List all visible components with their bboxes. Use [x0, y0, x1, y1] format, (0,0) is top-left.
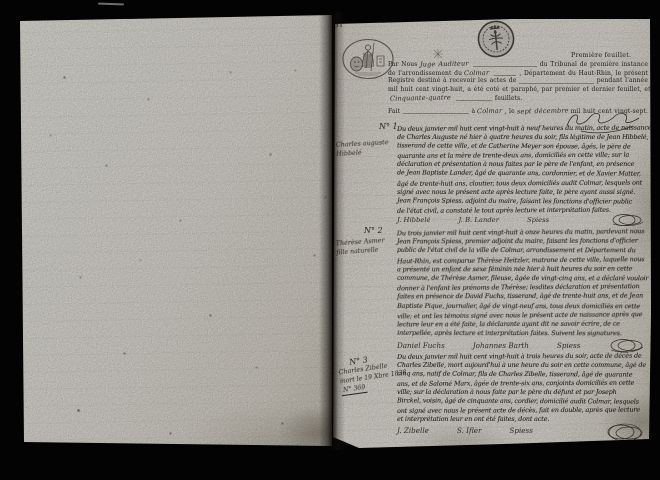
signature: J. B. Lander: [459, 216, 499, 224]
handwritten-fill: Colmar: [464, 68, 489, 77]
header-printed-text: à: [472, 108, 476, 115]
handwritten-line: ans, et de Salomé Marx, âgée de trente-s…: [397, 379, 647, 389]
signature: Spiess: [527, 216, 549, 224]
register-header: Par Nous Juge Auditeur du Tribunal de pr…: [388, 60, 648, 116]
book-fold-shadow: [319, 12, 345, 450]
signature: S. Ifler: [457, 426, 482, 435]
crowned-emblem-stamp-icon: [474, 18, 518, 60]
signature: Spiess: [509, 426, 532, 435]
handwritten-fill: Cinquante-quatre: [390, 94, 451, 103]
handwritten-fill: Colmar: [477, 107, 502, 116]
header-printed-text: du Tribunal de première instance: [540, 61, 648, 68]
handwritten-line: de l'état civil, a constaté le tout aprè…: [397, 205, 647, 215]
folio-note: Première feuillet.: [571, 52, 631, 59]
paraphe-flourish-icon: [611, 213, 645, 227]
handwritten-line: âgé de trente-huit ans, cloutier, tous d…: [397, 178, 647, 188]
entry-2-signatures: Daniel FuchsJohannes BarthSpiess: [397, 341, 647, 350]
entry-3-text: Du deux janvier mil huit cent vingt-huit…: [397, 352, 647, 424]
header-printed-text: Par Nous: [388, 61, 418, 68]
right-page: 31: [333, 14, 651, 448]
handwritten-line: ont signé avec nous le présent acte de d…: [397, 406, 647, 416]
header-printed-text: feuillets.: [495, 95, 523, 102]
header-printed-text: pendant l'année: [597, 77, 648, 84]
header-printed-text: mil huit cent vingt-huit, a été coté et …: [388, 86, 660, 93]
left-page: [20, 15, 332, 446]
header-printed-text: , le: [504, 108, 514, 115]
signature: Spiess: [557, 341, 580, 350]
handwritten-line: de Jean Baptiste Lander, âgé de quarante…: [397, 169, 647, 179]
handwritten-line: signé avec nous le présent acte après le…: [397, 188, 647, 197]
rule-line: [403, 112, 468, 114]
entry-1-text: Du deux janvier mil huit cent vingt-huit…: [397, 124, 647, 215]
handwritten-fill: sept décembre: [517, 106, 569, 115]
handwritten-fill: Juge Auditeur: [419, 59, 468, 68]
header-line-3: Registre destiné à recevoir les actes de…: [388, 77, 648, 86]
header-printed-text: de l'arrondissement du: [388, 70, 462, 77]
paper-speckles: [20, 15, 21, 16]
rule-line: [473, 65, 537, 67]
header-printed-text: Registre destiné à recevoir les actes de: [388, 77, 516, 84]
scan-edge-streak: [98, 3, 124, 6]
entry-1-signatures: J. HibbeléJ. B. LanderSpiess: [397, 216, 647, 224]
signature: Johannes Barth: [473, 341, 529, 350]
header-line-5: Cinquante-quatre feuillets.: [388, 94, 648, 103]
rule-line: [519, 82, 593, 84]
handwritten-line: quarante ans et la mère de trente-deux a…: [397, 151, 647, 161]
signature: Daniel Fuchs: [397, 341, 445, 350]
signature: J. Zibelle: [397, 426, 429, 435]
paraphe-flourish-icon: [605, 423, 645, 443]
right-page-content: 31: [333, 14, 651, 448]
header-line-1: Par Nous Juge Auditeur du Tribunal de pr…: [388, 60, 648, 69]
handwritten-line: public de l'état civil de la ville de Co…: [397, 246, 647, 256]
header-printed-text: , Département du Haut-Rhin, le présent: [519, 70, 648, 77]
rule-line: [456, 99, 492, 101]
entry-3-signatures: J. ZibelleS. IflerSpiess: [397, 426, 647, 435]
handwritten-line: Du deux janvier mil huit cent vingt-huit…: [397, 124, 647, 134]
archival-scan: 31: [0, 0, 660, 480]
entry-2-text: Du trois janvier mil huit cent vingt-hui…: [397, 228, 647, 339]
handwritten-line: ville; et ont les témoins signé avec nou…: [397, 310, 647, 321]
header-line-2: de l'arrondissement du Colmar , Départem…: [388, 69, 648, 78]
entry-2-number: N° 2: [364, 226, 383, 235]
header-printed-text: Fait: [388, 108, 400, 115]
justice-figure-stamp-icon: [341, 38, 395, 80]
handwritten-line: faites en présence de David Fuchs, tisse…: [397, 292, 647, 302]
ink-scribble: [432, 48, 444, 60]
rule-line: [494, 74, 516, 76]
signature: J. Hibbelé: [397, 216, 431, 224]
entry-1-number: N° 1: [379, 122, 398, 131]
handwritten-line: Du deux janvier mil huit cent vingt-huit…: [397, 352, 647, 362]
handwritten-line: Haut-Rhin, est comparue Thérèse Heitzler…: [397, 255, 647, 266]
